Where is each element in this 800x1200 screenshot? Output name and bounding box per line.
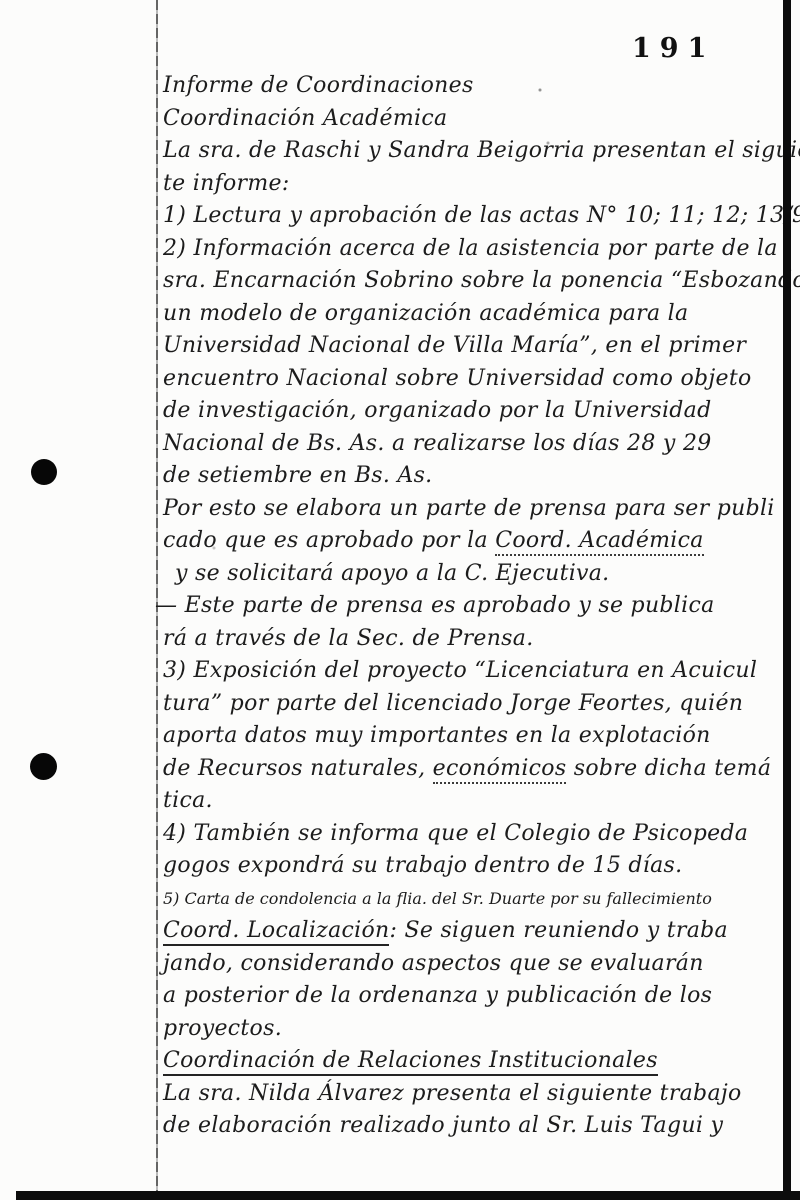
manuscript-line: — Este parte de prensa es aprobado y se … [155,590,787,623]
scan-edge-bottom [16,1191,800,1200]
manuscript-line: gogos expondrá su trabajo dentro de 15 d… [163,850,787,883]
manuscript-line: Informe de Coordinaciones [163,70,787,103]
manuscript-line: 2) Información acerca de la asistencia p… [163,233,787,266]
manuscript-line: Universidad Nacional de Villa María”, en… [163,330,787,363]
manuscript-line: un modelo de organización académica para… [163,298,787,331]
manuscript-line: Nacional de Bs. As. a realizarse los día… [163,428,787,461]
manuscript-text: Informe de CoordinacionesCoordinación Ac… [163,70,787,1143]
manuscript-line: y se solicitará apoyo a la C. Ejecutiva. [163,558,787,591]
manuscript-line: cado que es aprobado por la Coord. Acadé… [163,525,787,558]
manuscript-line: encuentro Nacional sobre Universidad com… [163,363,787,396]
manuscript-line: aporta datos muy importantes en la explo… [163,720,787,753]
manuscript-line: Por esto se elabora un parte de prensa p… [163,493,787,526]
manuscript-line: te informe: [163,168,787,201]
scan-edge-right [783,0,791,1200]
manuscript-line: de investigación, organizado por la Univ… [163,395,787,428]
scanned-page: 191 Informe de CoordinacionesCoordinació… [0,0,800,1200]
page-number: 191 [632,33,715,64]
manuscript-line: Coordinación Académica [163,103,787,136]
manuscript-line: de setiembre en Bs. As. [163,460,787,493]
manuscript-line: a posterior de la ordenanza y publicació… [163,980,787,1013]
manuscript-line: tica. [163,785,787,818]
hole-punch-icon [30,753,57,780]
manuscript-line: La sra. Nilda Álvarez presenta el siguie… [163,1078,787,1111]
manuscript-line: de Recursos naturales, económicos sobre … [163,753,787,786]
manuscript-line: Coordinación de Relaciones Institucional… [163,1045,787,1078]
manuscript-line: La sra. de Raschi y Sandra Beigorria pre… [163,135,787,168]
manuscript-line: 1) Lectura y aprobación de las actas N° … [163,200,787,233]
manuscript-line: 4) También se informa que el Colegio de … [163,818,787,851]
manuscript-line: de elaboración realizado junto al Sr. Lu… [163,1110,787,1143]
manuscript-line: jando, considerando aspectos que se eval… [163,948,787,981]
manuscript-line: Coord. Localización: Se siguen reuniendo… [163,915,787,948]
manuscript-line: sra. Encarnación Sobrino sobre la ponenc… [163,265,787,298]
hole-punch-icon [31,459,57,485]
manuscript-line: tura” por parte del licenciado Jorge Feo… [163,688,787,721]
manuscript-line: 5) Carta de condolencia a la flia. del S… [163,883,787,916]
manuscript-line: rá a través de la Sec. de Prensa. [163,623,787,656]
manuscript-line: 3) Exposición del proyecto “Licenciatura… [163,655,787,688]
manuscript-line: proyectos. [163,1013,787,1046]
